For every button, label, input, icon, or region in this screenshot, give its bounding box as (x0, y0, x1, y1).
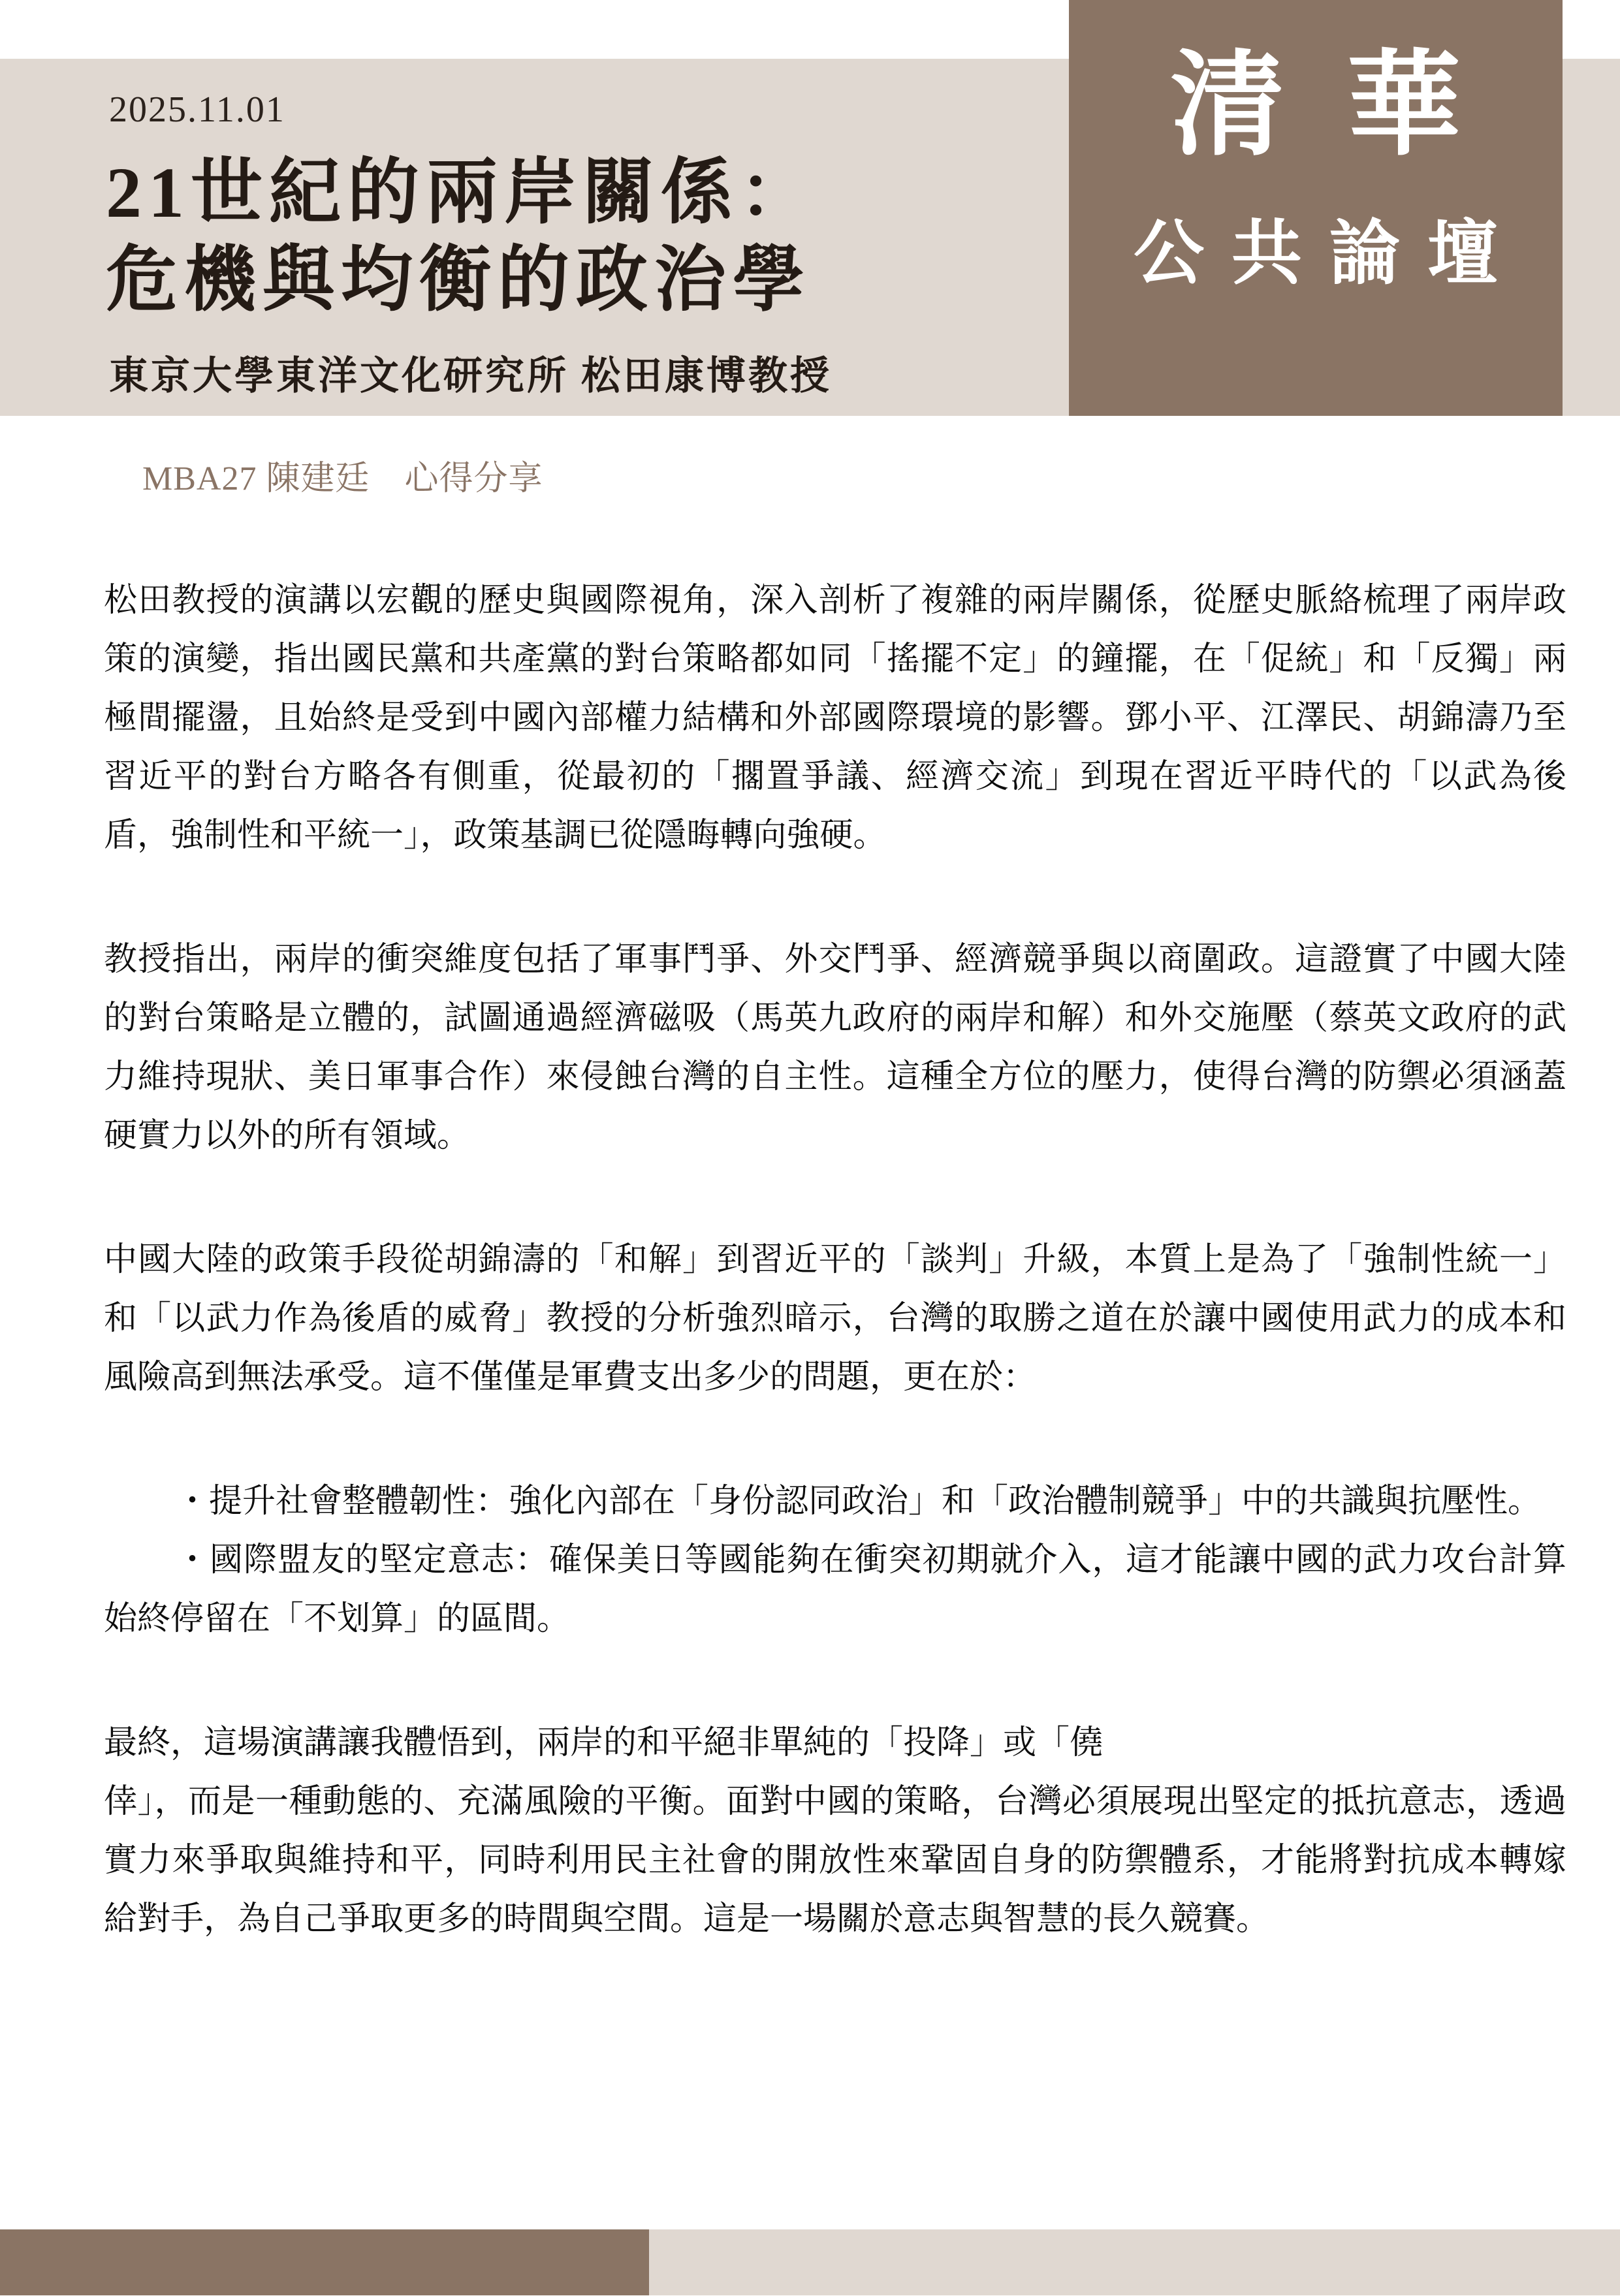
page-title: 21世紀的兩岸關係： 危機與均衡的政治學 (106, 149, 818, 324)
essay-body: 松田教授的演講以宏觀的歷史與國際視角，深入剖析了複雜的兩岸關係，從歷史脈絡梳理了… (104, 571, 1566, 2014)
document-page: 2025.11.01 21世紀的兩岸關係： 危機與均衡的政治學 東京大學東洋文化… (0, 0, 1620, 2296)
forum-badge: 清華 公共論壇 (1069, 0, 1563, 416)
author-byline: MBA27 陳建廷 心得分享 (142, 459, 543, 499)
footer-accent-bar-brown (0, 2229, 649, 2295)
bullet-item-1: ・提升社會整體韌性：強化內部在「身份認同政治」和「政治體制競爭」中的共識與抗壓性… (104, 1472, 1566, 1531)
page-title-line1: 21世紀的兩岸關係： (106, 149, 818, 236)
paragraph-4-rest: 倖」，而是一種動態的、充滿風險的平衡。面對中國的策略，台灣必須展現出堅定的抵抗意… (104, 1784, 1566, 1938)
paragraph-3: 中國大陸的政策手段從胡錦濤的「和解」到習近平的「談判」升級，本質上是為了「強制性… (104, 1231, 1566, 1407)
paragraph-4-line1: 最終，這場演講讓我體悟到，兩岸的和平絕非單純的「投降」或「僥 (104, 1725, 1103, 1761)
forum-badge-series: 公共論壇 (1069, 212, 1563, 297)
footer-accent-bar-beige (649, 2229, 1620, 2295)
forum-badge-name: 清華 (1069, 36, 1563, 176)
bullet-item-2: ・國際盟友的堅定意志：確保美日等國能夠在衝突初期就介入，這才能讓中國的武力攻台計… (104, 1531, 1566, 1648)
paragraph-2: 教授指出，兩岸的衝突維度包括了軍事鬥爭、外交鬥爭、經濟競爭與以商圍政。這證實了中… (104, 930, 1566, 1165)
paragraph-4: 最終，這場演講讓我體悟到，兩岸的和平絕非單純的「投降」或「僥倖」，而是一種動態的… (104, 1714, 1566, 1949)
paragraph-1: 松田教授的演講以宏觀的歷史與國際視角，深入剖析了複雜的兩岸關係，從歷史脈絡梳理了… (104, 571, 1566, 865)
document-date: 2025.11.01 (109, 90, 285, 129)
speaker-subtitle: 東京大學東洋文化研究所 松田康博教授 (109, 353, 832, 400)
page-title-line2: 危機與均衡的政治學 (106, 236, 818, 324)
